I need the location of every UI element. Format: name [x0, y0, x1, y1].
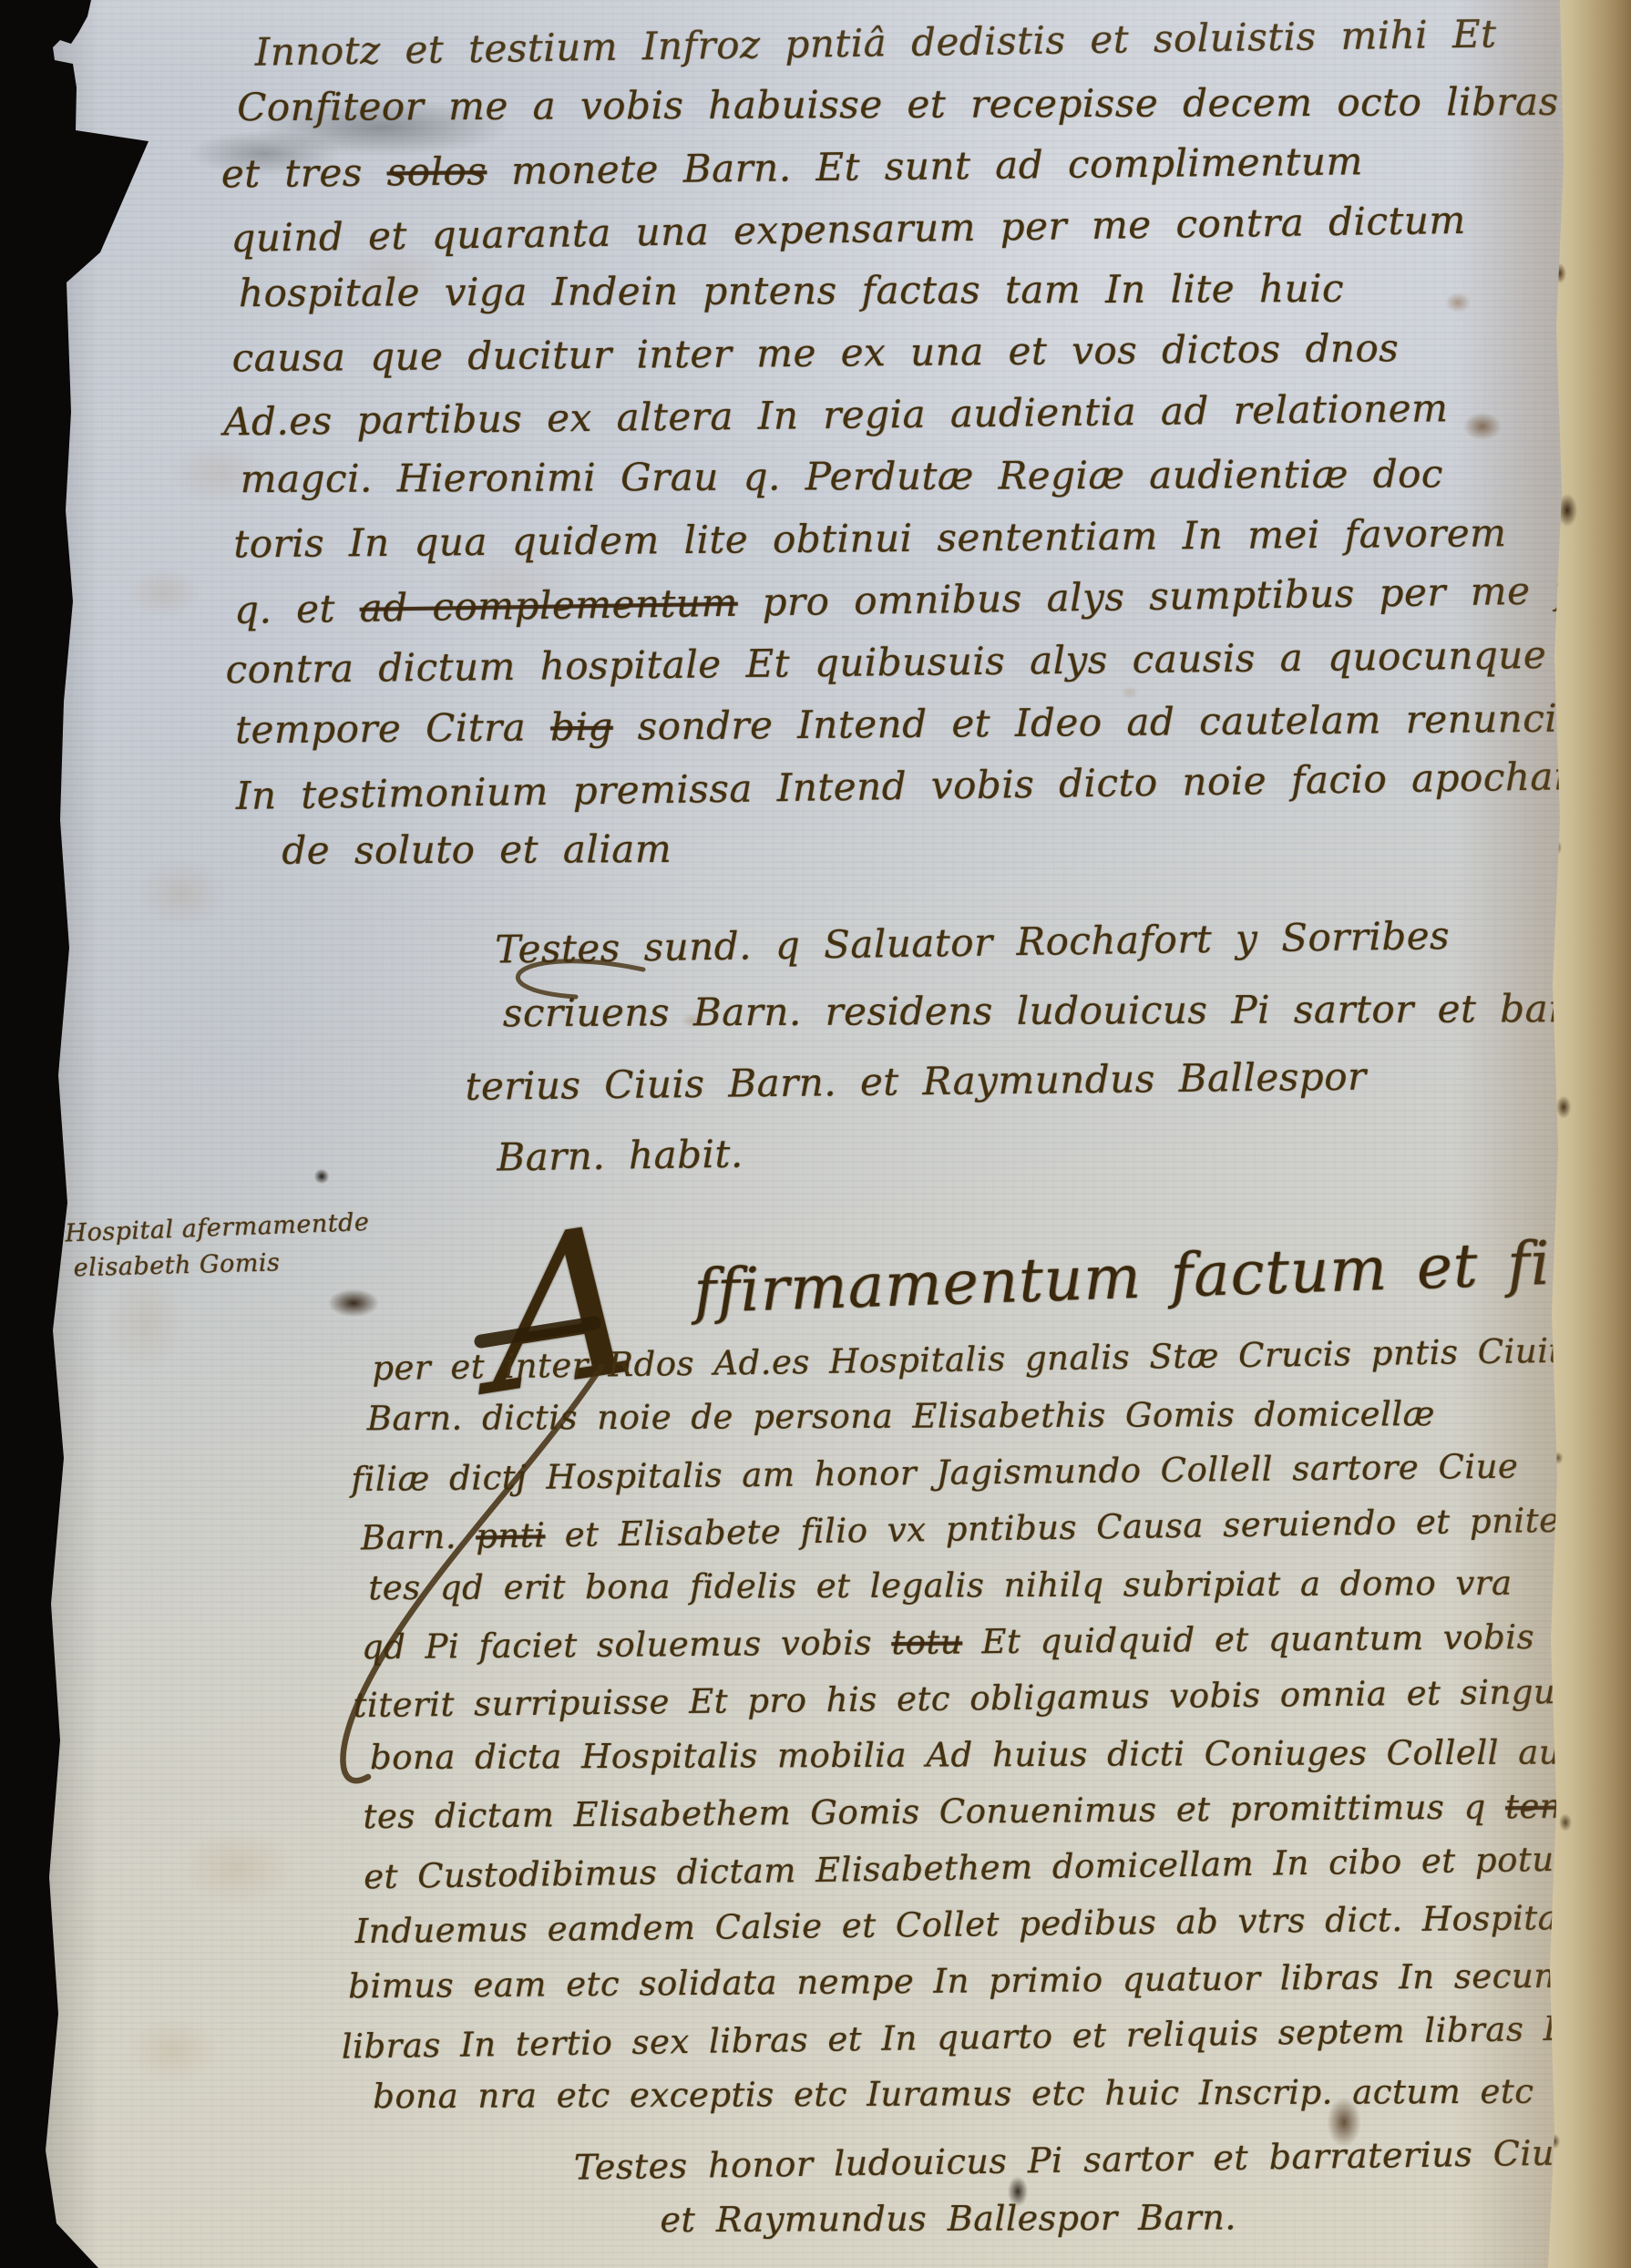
photograph-background: { "document": { "kind": "seventeenth-cen… [0, 0, 1631, 2268]
page-edge-shading [0, 0, 1591, 2268]
manuscript-page: Innotz et testium Infroz pntiâ dedistis … [0, 0, 1591, 2268]
